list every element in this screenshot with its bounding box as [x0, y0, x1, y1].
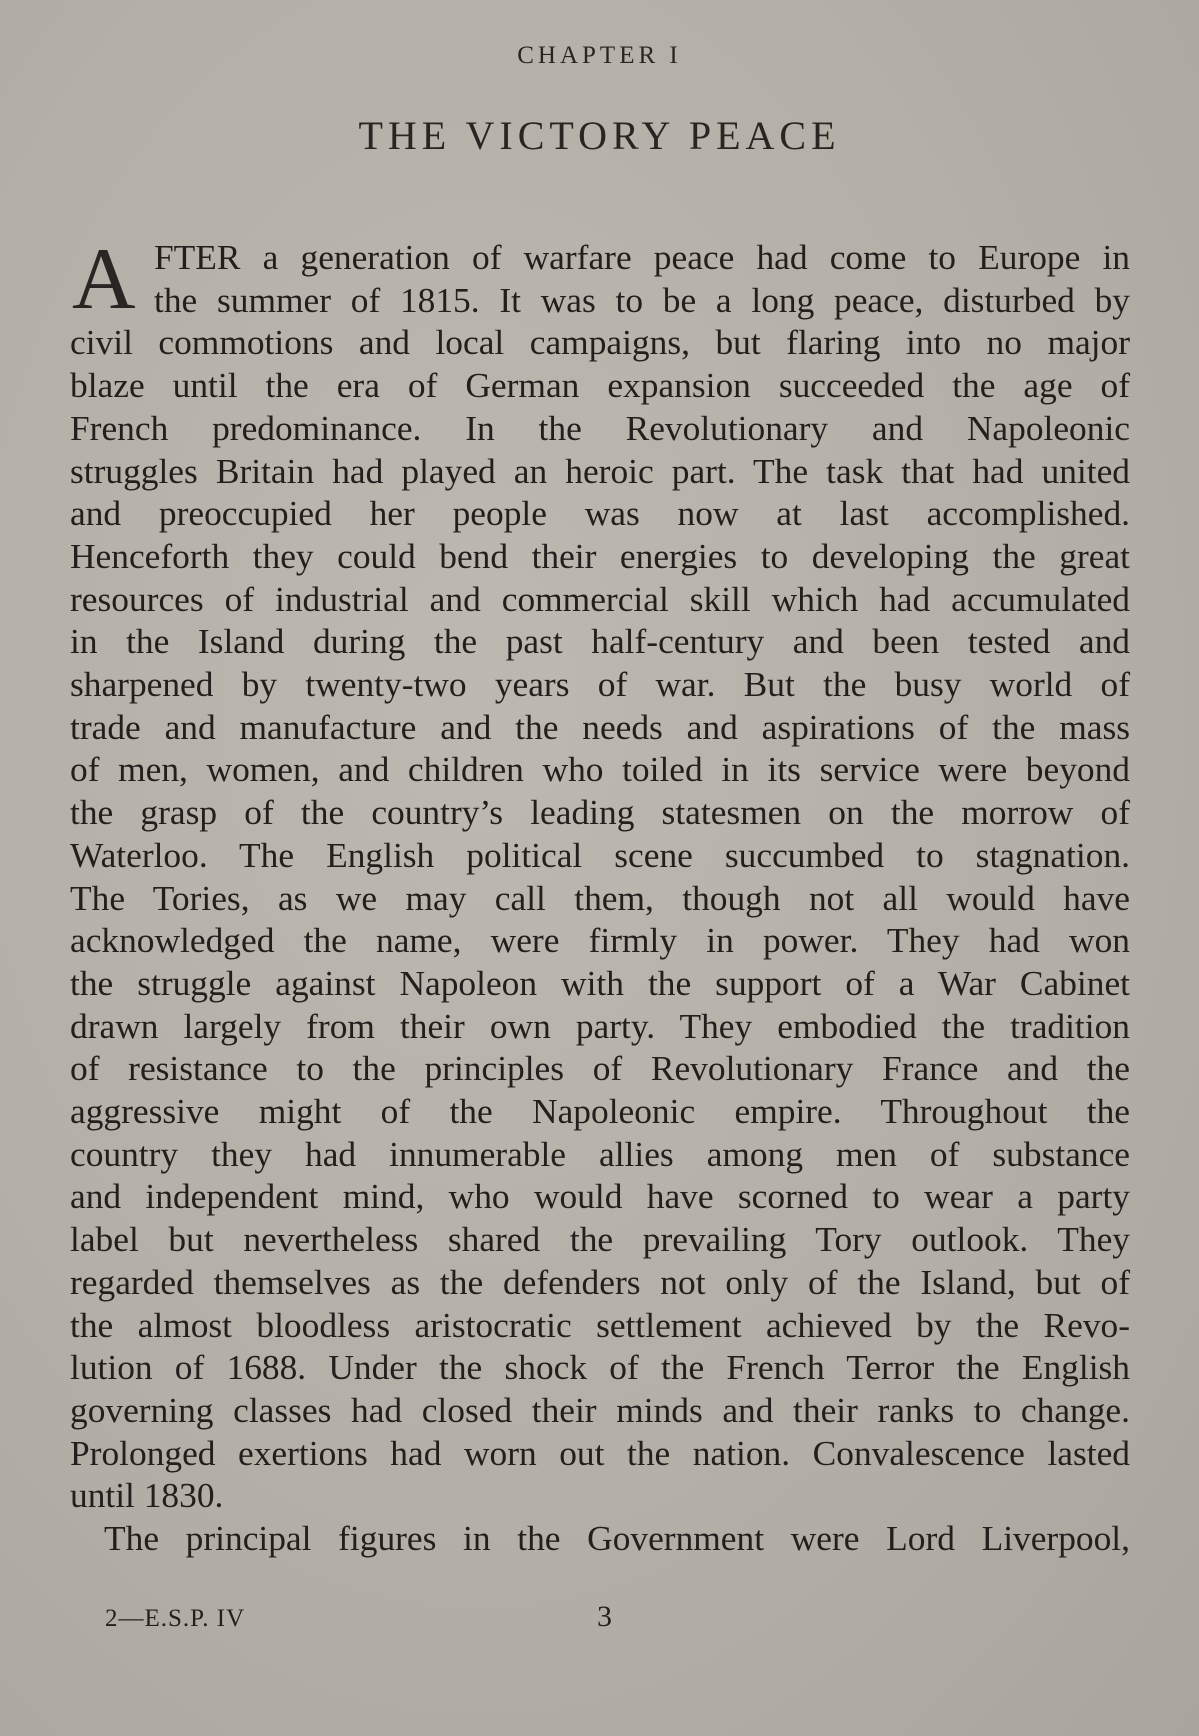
text-line: aggressive might of the Napoleonic empir…	[70, 1090, 1130, 1133]
text-line: resources of industrial and commercial s…	[70, 578, 1130, 621]
text-line: The principal figures in the Government …	[70, 1517, 1130, 1560]
text-line: of men, women, and children who toiled i…	[70, 748, 1130, 791]
text-line: governing classes had closed their minds…	[70, 1389, 1130, 1432]
text-line: and preoccupied her people was now at la…	[70, 492, 1130, 535]
text-line: drawn largely from their own party. They…	[70, 1005, 1130, 1048]
text-line: the grasp of the country’s leading state…	[70, 791, 1130, 834]
text-line: blaze until the era of German expansion …	[70, 364, 1130, 407]
text-line: regarded themselves as the defenders not…	[70, 1261, 1130, 1304]
page-number: 3	[597, 1600, 612, 1634]
text-line: of resistance to the principles of Revol…	[70, 1047, 1130, 1090]
text-line: the almost bloodless aristocratic settle…	[70, 1304, 1130, 1347]
text-line: Henceforth they could bend their energie…	[70, 535, 1130, 578]
text-line: in the Island during the past half-centu…	[70, 620, 1130, 663]
text-line: trade and manufacture and the needs and …	[70, 706, 1130, 749]
drop-cap: A	[72, 240, 136, 320]
chapter-title: THE VICTORY PEACE	[0, 112, 1199, 159]
text-line: The Tories, as we may call them, though …	[70, 877, 1130, 920]
text-line: and independent mind, who would have sco…	[70, 1175, 1130, 1218]
signature-mark: 2—E.S.P. IV	[105, 1605, 245, 1633]
text-line: country they had innumerable allies amon…	[70, 1133, 1130, 1176]
text-line: civil commotions and local campaigns, bu…	[70, 321, 1130, 364]
text-line: acknowledged the name, were firmly in po…	[70, 919, 1130, 962]
text-line: Prolonged exertions had worn out the nat…	[70, 1432, 1130, 1475]
text-line: the summer of 1815. It was to be a long …	[70, 279, 1130, 322]
text-line: the struggle against Napoleon with the s…	[70, 962, 1130, 1005]
text-line: sharpened by twenty-two years of war. Bu…	[70, 663, 1130, 706]
text-line: FTER a generation of warfare peace had c…	[70, 236, 1130, 279]
text-line: French predominance. In the Revolutionar…	[70, 407, 1130, 450]
body-text: A FTER a generation of warfare peace had…	[70, 236, 1130, 1560]
text-line: struggles Britain had played an heroic p…	[70, 450, 1130, 493]
text-line: until 1830.	[70, 1474, 1130, 1517]
text-line: lution of 1688. Under the shock of the F…	[70, 1346, 1130, 1389]
text-line: Waterloo. The English political scene su…	[70, 834, 1130, 877]
text-line: label but nevertheless shared the prevai…	[70, 1218, 1130, 1261]
chapter-label: CHAPTER I	[0, 42, 1199, 70]
